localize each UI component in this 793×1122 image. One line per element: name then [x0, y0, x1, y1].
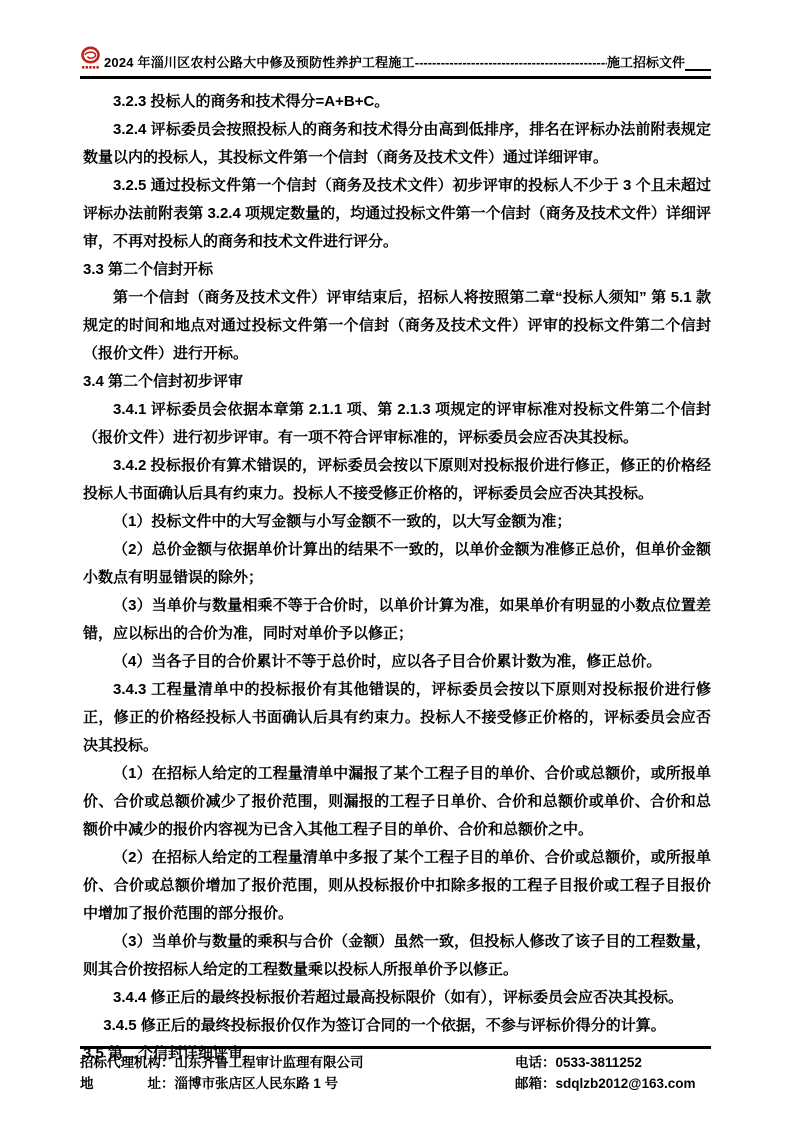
document-body: 3.2.3 投标人的商务和技术得分=A+B+C。3.2.4 评标委员会按照投标人…: [83, 88, 711, 1068]
header-dash-filler: ----------------------------------------…: [415, 54, 607, 72]
footer-email-value: sdqlzb2012@163.com: [556, 1076, 696, 1091]
clause-paragraph: 3.4.1 评标委员会依据本章第 2.1.1 项、第 2.1.3 项规定的评审标…: [83, 396, 711, 452]
clause-paragraph: 3.4.3 工程量清单中的投标报价有其他错误的，评标委员会按以下原则对投标报价进…: [83, 676, 711, 760]
section-heading: 3.3 第二个信封开标: [83, 256, 711, 284]
header-doc-type-label: 施工招标文件: [607, 54, 685, 72]
clause-paragraph: （2）总价金额与依据单价计算出的结果不一致的，以单价金额为准修正总价，但单价金额…: [83, 536, 711, 592]
clause-paragraph: 3.4.2 投标报价有算术错误的，评标委员会按以下原则对投标报价进行修正，修正的…: [83, 452, 711, 508]
clause-paragraph: 3.2.4 评标委员会按照投标人的商务和技术得分由高到低排序，排名在评标办法前附…: [83, 116, 711, 172]
footer-email-label: 邮箱：: [515, 1076, 556, 1091]
clause-paragraph: （1）在招标人给定的工程量清单中漏报了某个工程子目的单价、合价或总额价，或所报单…: [83, 760, 711, 844]
clause-paragraph: （4）当各子目的合价累计不等于总价时，应以各子目合价累计数为准，修正总价。: [83, 648, 711, 676]
page-header: 2024 年淄川区农村公路大中修及预防性养护工程施工 -------------…: [80, 46, 711, 79]
footer-address: 地 址：淄博市张店区人民东路 1 号: [80, 1073, 515, 1094]
footer-phone-value: 0533-3811252: [556, 1055, 642, 1070]
footer-agency-value: 山东齐鲁工程审计监理有限公司: [175, 1055, 364, 1070]
page-footer: 招标代理机构：山东齐鲁工程审计监理有限公司 电话：0533-3811252 地 …: [80, 1046, 711, 1094]
footer-agency-label: 招标代理机构：: [80, 1055, 175, 1070]
header-project-title: 2024 年淄川区农村公路大中修及预防性养护工程施工: [104, 54, 415, 72]
footer-row-1: 招标代理机构：山东齐鲁工程审计监理有限公司 电话：0533-3811252: [80, 1052, 711, 1073]
clause-paragraph: 3.4.5 修正后的最终投标报价仅作为签订合同的一个依据，不参与评标价得分的计算…: [83, 1012, 711, 1040]
clause-paragraph: 3.2.5 通过投标文件第一个信封（商务及技术文件）初步评审的投标人不少于 3 …: [83, 172, 711, 256]
clause-paragraph: 3.4.4 修正后的最终投标报价若超过最高投标限价（如有），评标委员会应否决其投…: [83, 984, 711, 1012]
company-seal-icon: [80, 46, 102, 72]
footer-phone-label: 电话：: [515, 1055, 556, 1070]
footer-email: 邮箱：sdqlzb2012@163.com: [515, 1073, 711, 1094]
footer-phone: 电话：0533-3811252: [515, 1052, 711, 1073]
clause-paragraph: （1）投标文件中的大写金额与小写金额不一致的，以大写金额为准；: [83, 508, 711, 536]
clause-paragraph: （2）在招标人给定的工程量清单中多报了某个工程子目的单价、合价或总额价，或所报单…: [83, 844, 711, 928]
document-page: 2024 年淄川区农村公路大中修及预防性养护工程施工 -------------…: [0, 0, 793, 1122]
header-tail-underline: [685, 68, 711, 71]
clause-paragraph: （3）当单价与数量的乘积与合价（金额）虽然一致，但投标人修改了该子目的工程数量，…: [83, 928, 711, 984]
clause-paragraph: 第一个信封（商务及技术文件）评审结束后，招标人将按照第二章“投标人须知” 第 5…: [83, 284, 711, 368]
clause-paragraph: （3）当单价与数量相乘不等于合价时，以单价计算为准，如果单价有明显的小数点位置差…: [83, 592, 711, 648]
footer-row-2: 地 址：淄博市张店区人民东路 1 号 邮箱：sdqlzb2012@163.com: [80, 1073, 711, 1094]
footer-address-label: 地 址：: [80, 1076, 175, 1091]
footer-agency: 招标代理机构：山东齐鲁工程审计监理有限公司: [80, 1052, 515, 1073]
clause-paragraph: 3.2.3 投标人的商务和技术得分=A+B+C。: [83, 88, 711, 116]
footer-address-value: 淄博市张店区人民东路 1 号: [175, 1076, 339, 1091]
section-heading: 3.4 第二个信封初步评审: [83, 368, 711, 396]
